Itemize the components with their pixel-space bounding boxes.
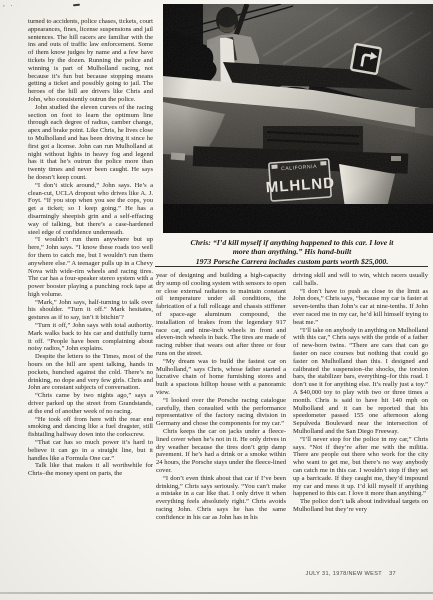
paragraph: turned to accidents, police chases, tick…	[28, 18, 153, 104]
caption-line: 1973 Porsche Carrera includes custom par…	[153, 257, 431, 266]
porsche-night-photo: CALIFORNIA MLHLND	[163, 4, 433, 233]
caption-line: more than anything.” His hand-built	[153, 247, 431, 256]
footer-issue-text: JULY 31, 1978/NEW WEST	[306, 571, 383, 577]
paragraph: “Mark,” John says, half-turning to talk …	[28, 299, 153, 322]
paragraph: “That car has so much power it’s hard to…	[28, 439, 153, 462]
paragraph: “I’ll never stop for the police in my ca…	[293, 436, 428, 498]
scan-bottom-edge	[0, 592, 433, 594]
caption-divider-rule	[155, 266, 428, 267]
article-column-1: turned to accidents, police chases, tick…	[28, 18, 153, 568]
paragraph: “I looked over the Porsche racing catalo…	[156, 397, 286, 428]
page-footer: JULY 31, 1978/NEW WEST37	[306, 571, 396, 577]
scan-artifact-tick	[73, 4, 80, 7]
footer-page-number: 37	[389, 571, 396, 577]
paragraph: “My dream was to build the fastest car o…	[156, 358, 286, 397]
caption-line: Chris: “I’d kill myself if anything happ…	[153, 238, 431, 247]
film-grain	[163, 4, 433, 233]
paragraph: The police don’t talk about individual t…	[293, 498, 428, 514]
article-column-2: year of designing and building a high-ca…	[156, 272, 286, 568]
paragraph: “He took off from here with the rear end…	[28, 416, 153, 439]
paragraph: Chris keeps the car on jacks under a fle…	[156, 428, 286, 475]
article-column-3: driving skill and will to win, which rac…	[293, 272, 428, 568]
paragraph: “I wouldn’t run them anywhere but up her…	[28, 236, 153, 298]
paragraph: year of designing and building a high-ca…	[156, 272, 286, 358]
magazine-page-scan: , . turned to accidents, police chases, …	[0, 0, 433, 600]
scan-artifact-marks: , .	[3, 0, 14, 8]
paragraph: Talk like that makes it all worthwhile f…	[28, 462, 153, 478]
paragraph: “I don’t stick around,” John says. He’s …	[28, 182, 153, 237]
paragraph: “I’ll take on anybody in anything on Mul…	[293, 327, 428, 436]
paragraph: John studied the eleven curves of the ra…	[28, 104, 153, 182]
photo-illustration: CALIFORNIA MLHLND	[163, 4, 433, 233]
paragraph: “I don’t have to push as close to the li…	[293, 288, 428, 327]
paragraph: driving skill and will to win, which rac…	[293, 272, 428, 288]
paragraph: “Turn it off,” John says with total auth…	[28, 322, 153, 353]
photo-caption: Chris: “I’d kill myself if anything happ…	[153, 238, 431, 266]
paragraph: “Chris came by two nights ago,” says a d…	[28, 392, 153, 415]
paragraph: Despite the letters to the Times, most o…	[28, 353, 153, 392]
paragraph: “I don’t even think about that car if I’…	[156, 475, 286, 522]
